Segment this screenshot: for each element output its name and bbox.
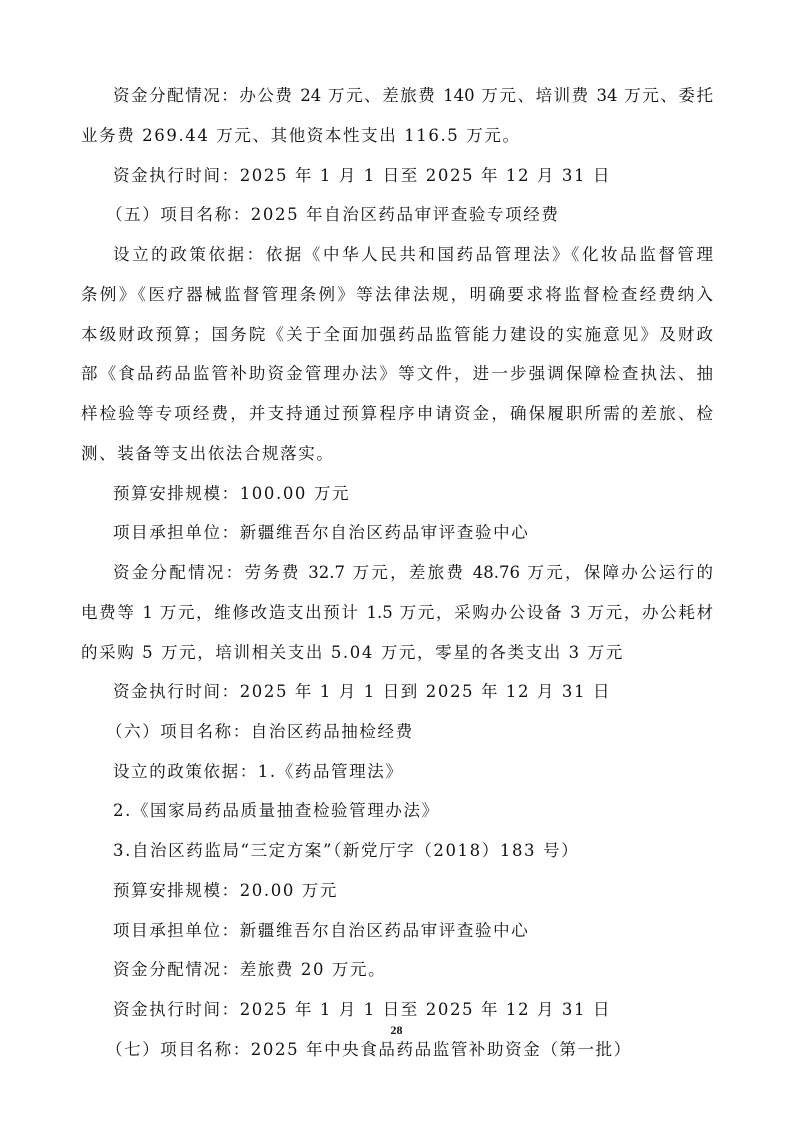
paragraph-line: 业务费 269.44 万元、其他资本性支出 116.5 万元。	[0, 126, 793, 146]
text: 部《食品药品监管补助资金管理办法》等文件，进一步强调保障检查执法、抽	[81, 364, 713, 384]
text: 条例》《医疗器械监督管理条例》等法律法规，明确要求将监督检查经费纳入	[81, 285, 713, 305]
paragraph-line: 设立的政策依据：依据《中华人民共和国药品管理法》《化妆品监督管理	[0, 245, 793, 265]
policy-basis: 设立的政策依据：1.《药品管理法》	[0, 762, 793, 782]
undertaking-unit: 项目承担单位：新疆维吾尔自治区药品审评查验中心	[0, 921, 793, 941]
execution-period: 资金执行时间：2025 年 1 月 1 日至 2025 年 12 月 31 日	[0, 1000, 793, 1020]
paragraph-line: 的采购 5 万元，培训相关支出 5.04 万元，零星的各类支出 3 万元	[0, 643, 793, 663]
paragraph-line: 部《食品药品监管补助资金管理办法》等文件，进一步强调保障检查执法、抽	[0, 364, 793, 384]
paragraph-line: 条例》《医疗器械监督管理条例》等法律法规，明确要求将监督检查经费纳入	[0, 285, 793, 305]
text: 样检验等专项经费，并支持通过预算程序申请资金，确保履职所需的差旅、检	[81, 404, 713, 424]
undertaking-unit: 项目承担单位：新疆维吾尔自治区药品审评查验中心	[0, 523, 793, 543]
page-number: 28	[0, 1023, 793, 1038]
paragraph-line: 电费等 1 万元，维修改造支出预计 1.5 万元，采购办公设备 3 万元，办公耗…	[0, 603, 793, 623]
budget-scale: 预算安排规模：20.00 万元	[0, 881, 793, 901]
paragraph-line: 本级财政预算；国务院《关于全面加强药品监管能力建设的实施意见》及财政	[0, 325, 793, 345]
paragraph-line: 资金分配情况：劳务费 32.7 万元，差旅费 48.76 万元，保障办公运行的	[0, 563, 793, 583]
section-heading-5: （五）项目名称：2025 年自治区药品审评查验专项经费	[0, 205, 793, 225]
text: 电费等 1 万元，维修改造支出预计 1.5 万元，采购办公设备 3 万元，办公耗…	[81, 603, 713, 623]
section-heading-7: （七）项目名称：2025 年中央食品药品监管补助资金（第一批）	[0, 1040, 793, 1060]
paragraph-line: 测、装备等支出依法合规落实。	[0, 444, 793, 464]
policy-basis-item: 2.《国家局药品质量抽查检验管理办法》	[0, 801, 793, 821]
execution-period: 资金执行时间：2025 年 1 月 1 日到 2025 年 12 月 31 日	[0, 682, 793, 702]
text: 资金分配情况：办公费 24 万元、差旅费 140 万元、培训费 34 万元、委托	[113, 86, 713, 106]
paragraph-line: 资金分配情况：办公费 24 万元、差旅费 140 万元、培训费 34 万元、委托	[0, 86, 793, 106]
text: 本级财政预算；国务院《关于全面加强药品监管能力建设的实施意见》及财政	[81, 325, 713, 345]
section-heading-6: （六）项目名称：自治区药品抽检经费	[0, 722, 793, 742]
text: 设立的政策依据：依据《中华人民共和国药品管理法》《化妆品监督管理	[113, 245, 713, 265]
text: 资金分配情况：劳务费 32.7 万元，差旅费 48.76 万元，保障办公运行的	[113, 563, 713, 583]
policy-basis-item: 3.自治区药监局“三定方案”（新党厅字（2018）183 号）	[0, 841, 793, 861]
paragraph-line: 资金执行时间：2025 年 1 月 1 日至 2025 年 12 月 31 日	[0, 166, 793, 186]
document-page: 资金分配情况：办公费 24 万元、差旅费 140 万元、培训费 34 万元、委托…	[0, 0, 793, 1122]
budget-scale: 预算安排规模：100.00 万元	[0, 484, 793, 504]
fund-allocation: 资金分配情况：差旅费 20 万元。	[0, 960, 793, 980]
paragraph-line: 样检验等专项经费，并支持通过预算程序申请资金，确保履职所需的差旅、检	[0, 404, 793, 424]
